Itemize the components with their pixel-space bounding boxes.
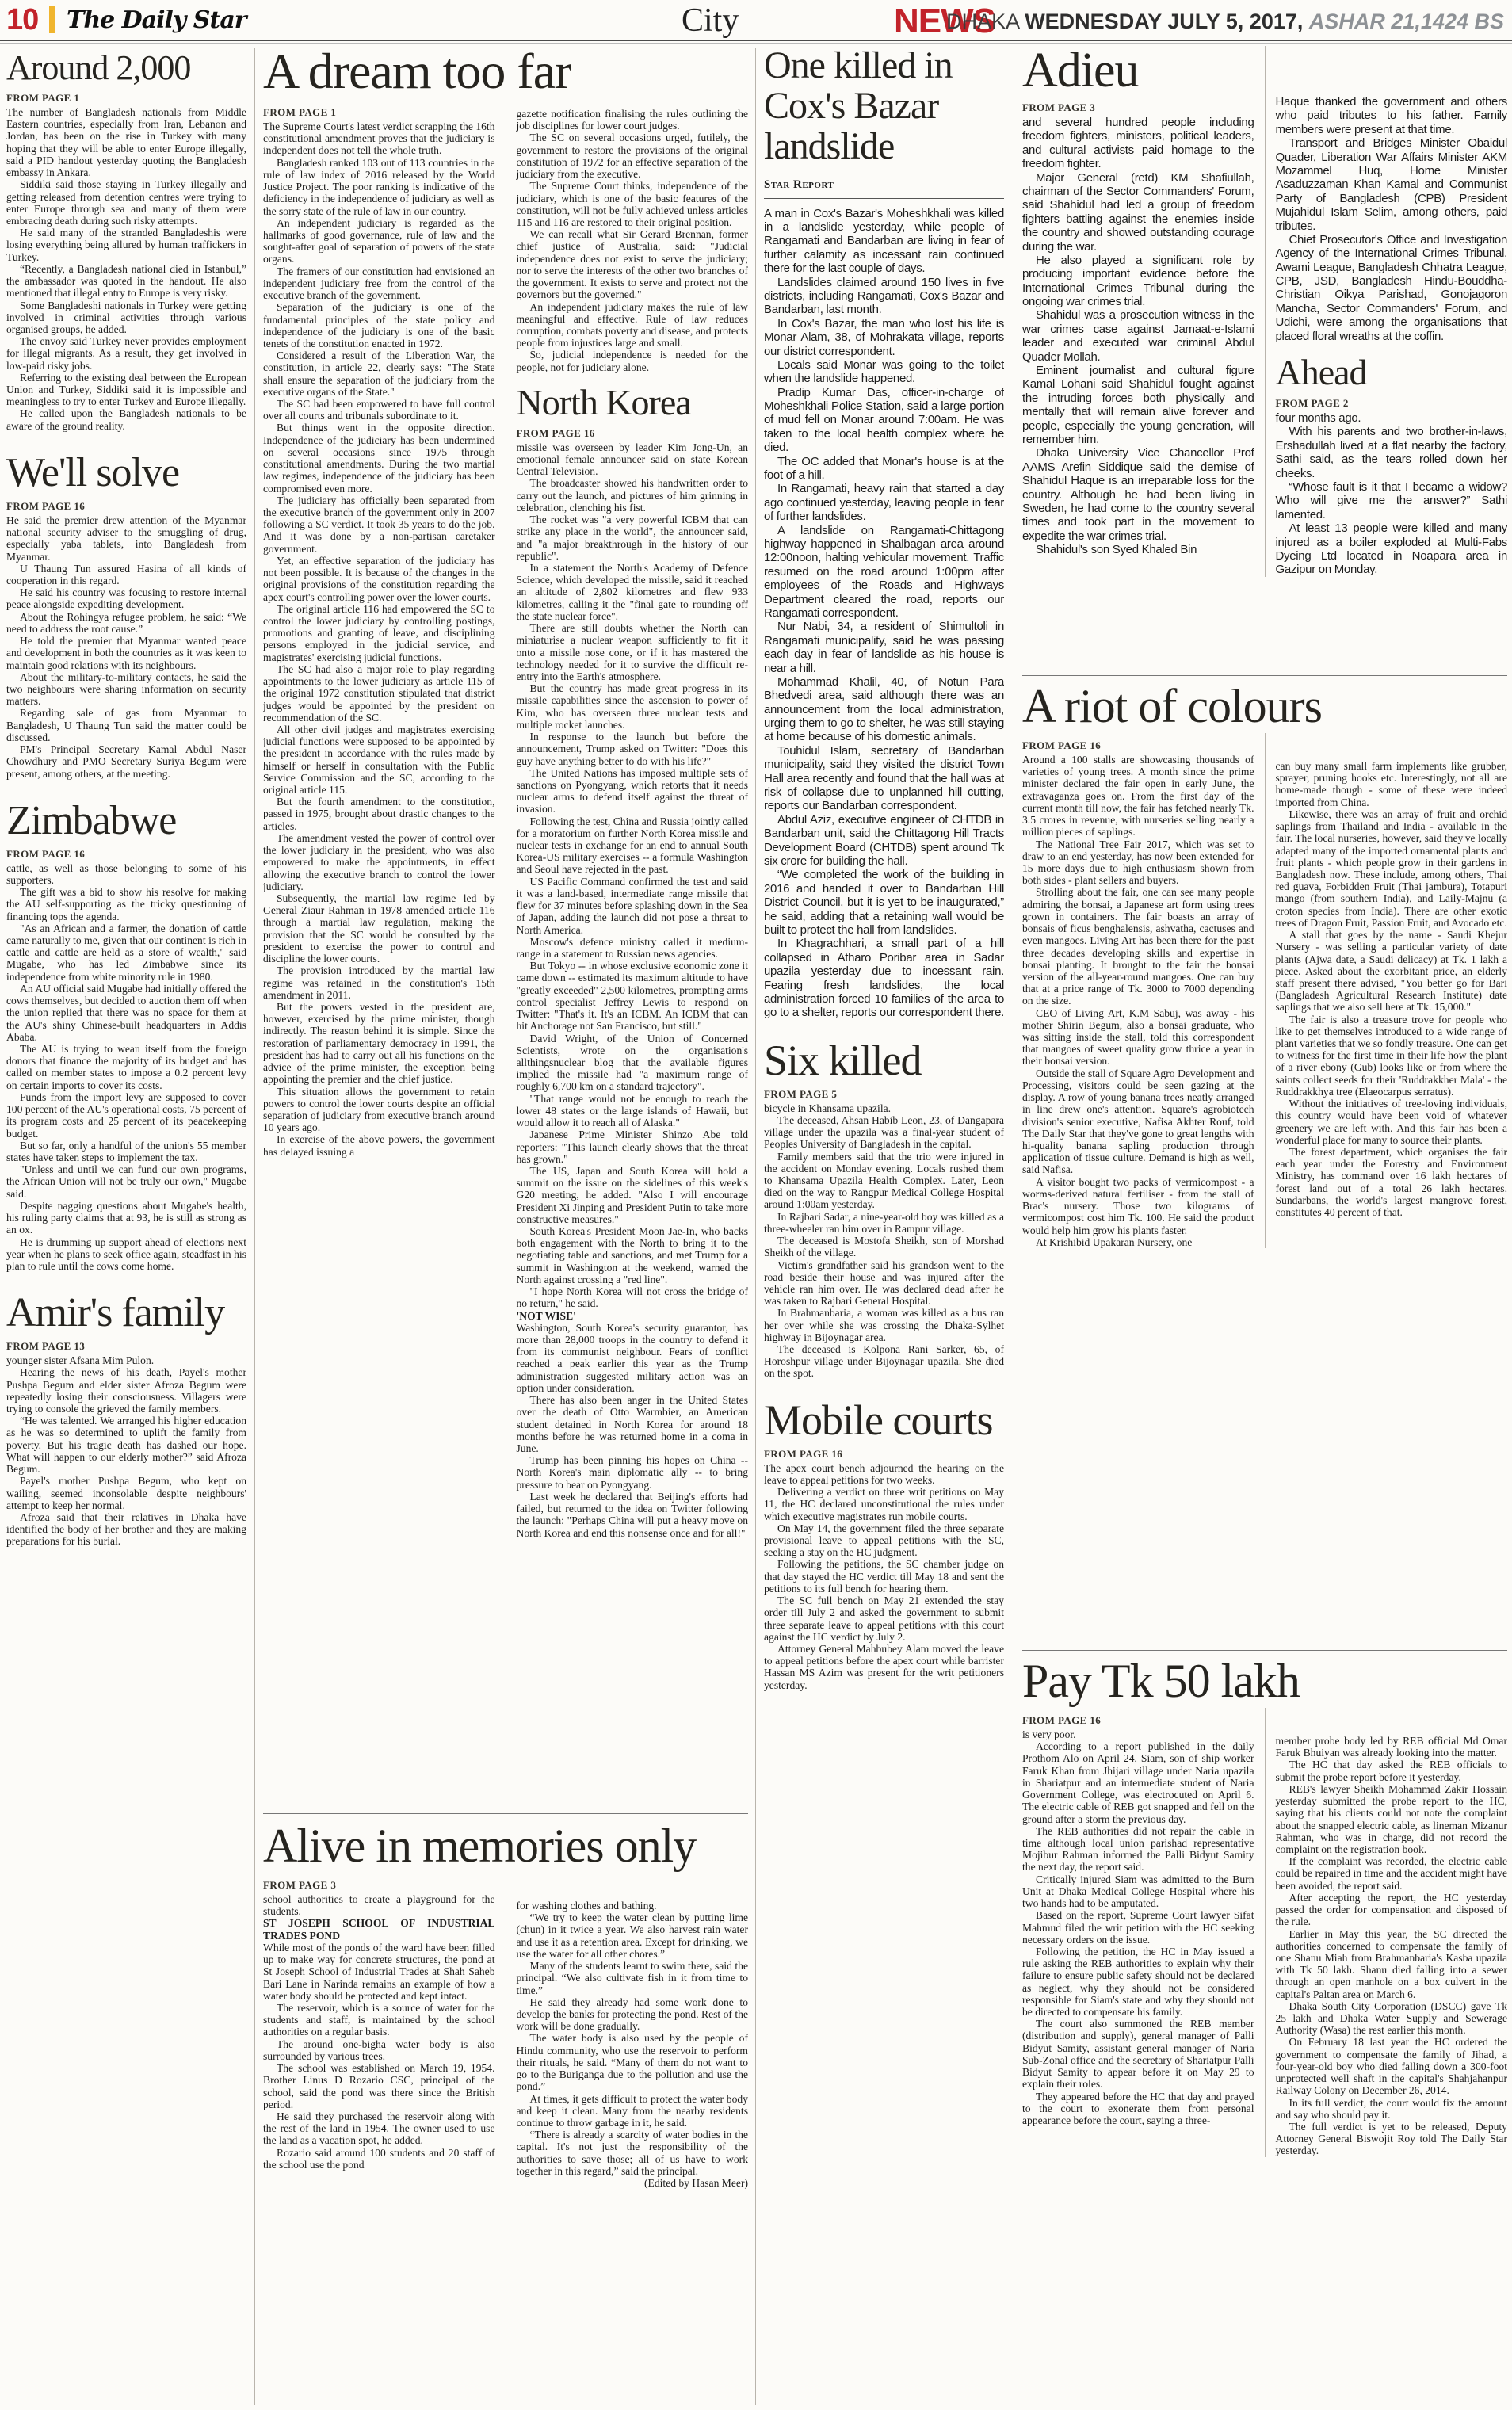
paragraph: He said they purchased the reservoir alo… (263, 2110, 495, 2147)
headline: Mobile courts (764, 1399, 1004, 1442)
byline-rule (764, 198, 1004, 199)
paragraph: “There is already a scarcity of water bo… (517, 2129, 749, 2177)
paragraph: The AU is trying to wean itself from the… (6, 1043, 246, 1091)
fp: gazette notification finalising the rule… (517, 108, 749, 132)
paragraph: The Supreme Court thinks, independence o… (517, 180, 749, 228)
paragraph: U Thaung Tun assured Hasina of all kinds… (6, 563, 246, 586)
article-mobile-courts: Mobile courts FROM PAGE 16 The apex cour… (764, 1399, 1004, 1691)
paragraph: On February 18 last year the HC ordered … (1276, 2036, 1508, 2096)
article-a-riot-of-colours: A riot of colours FROM PAGE 16 Around a … (1022, 675, 1507, 1649)
paragraph: The SC had also a major role to play reg… (263, 663, 495, 724)
paragraph: An independent judiciary makes the rule … (517, 301, 749, 349)
paragraph: The gift was a bid to show his resolve f… (6, 886, 246, 922)
article-well-solve: We'll solve FROM PAGE 16 He said the pre… (6, 453, 246, 780)
paragraph: The forest department, which organises t… (1276, 1146, 1508, 1218)
paragraph: “We try to keep the water clean by putti… (517, 1912, 749, 1960)
article-body: The apex court bench adjourned the heari… (764, 1462, 1004, 1691)
paragraph: The amendment vested the power of contro… (263, 832, 495, 892)
fp: bicycle in Khansama upazila. (764, 1102, 1004, 1114)
fp: member probe body led by REB official Md… (1276, 1735, 1508, 1759)
article-body-column: FROM PAGE 16 Around a 100 stalls are sho… (1022, 733, 1254, 1248)
fp: Haque thanked the government and others … (1276, 95, 1508, 136)
paragraph: This situation allows the government to … (263, 1086, 495, 1134)
paragraph: Considered a result of the Liberation Wa… (263, 349, 495, 398)
column-4: One killed in Cox's Bazar landslide Star… (764, 46, 1004, 2405)
paragraph: PM's Principal Secretary Kamal Abdul Nas… (6, 743, 246, 780)
paragraph: David Wright, of the Union of Concerned … (517, 1033, 749, 1093)
paragraph: They appeared before the HC that day and… (1022, 2091, 1254, 2127)
section-title: City (682, 2, 739, 40)
paragraph: "As an African and a farmer, the donatio… (6, 922, 246, 983)
fp: He said the premier drew attention of th… (6, 514, 246, 563)
paragraph: He also played a significant role by pro… (1022, 254, 1254, 309)
paragraph: US Pacific Command confirmed the test an… (517, 876, 749, 936)
fp: four months ago. (1276, 411, 1508, 425)
paragraph: Major General (retd) KM Shafiullah, chai… (1022, 171, 1254, 254)
article-body-column: FROM PAGE 16 is very poor.According to a… (1022, 1708, 1254, 2157)
headline: Alive in memories only (263, 1814, 748, 1870)
header-rule-thin (0, 43, 1512, 44)
paragraph: Dhaka South City Corporation (DSCC) gave… (1276, 2000, 1508, 2037)
column-1: Around 2,000 FROM PAGE 1 The number of B… (6, 46, 246, 2405)
article-columns: FROM PAGE 16 Around a 100 stalls are sho… (1022, 733, 1507, 1248)
paragraph: The rocket was "a very powerful ICBM tha… (517, 514, 749, 562)
paragraph: Rozario said around 100 students and 20 … (263, 2147, 495, 2171)
paragraph: The water body is also used by the peopl… (517, 2032, 749, 2092)
paragraph: He told the premier that Myanmar wanted … (6, 635, 246, 671)
fp: for washing clothes and bathing. (517, 1900, 749, 1912)
paragraph: Some Bangladeshi nationals in Turkey wer… (6, 300, 246, 336)
paragraph: Shahidul's son Syed Khaled Bin (1022, 543, 1254, 556)
paragraph: In its full verdict, the court would fix… (1276, 2097, 1508, 2121)
from-page-line: FROM PAGE 1 (263, 106, 495, 119)
masthead-accent-bar (49, 6, 55, 33)
column-rule (755, 48, 756, 2405)
paragraph: “He was talented. We arranged his higher… (6, 1415, 246, 1475)
article-body-column: gazette notification finalising the rule… (506, 100, 749, 1539)
page-header: 10 The Daily Star City NEWS DHAKA WEDNES… (0, 0, 1512, 40)
dateline-date: WEDNESDAY JULY 5, 2017, (1025, 10, 1309, 33)
from-page-line: FROM PAGE 16 (764, 1448, 1004, 1461)
paragraph: But so far, only a handful of the union'… (6, 1140, 246, 1163)
paragraph: Strolling about the fair, one can see ma… (1022, 886, 1254, 1006)
article-body: can buy many small farm implements like … (1276, 760, 1508, 1218)
headline: A dream too far (263, 46, 748, 97)
paragraph: Locals said Monar was going to the toile… (764, 358, 1004, 386)
from-page-line: FROM PAGE 13 (6, 1340, 246, 1353)
article-body: The number of Bangladesh nationals from … (6, 106, 246, 432)
fp: younger sister Afsana Mim Pulon. (6, 1354, 246, 1366)
article-columns: FROM PAGE 1 The Supreme Court's latest v… (263, 100, 748, 1539)
fromline: FROM PAGE 16 (517, 427, 749, 440)
paragraph: Afroza said that their relatives in Dhak… (6, 1511, 246, 1548)
paragraph: The SC full bench on May 21 extended the… (764, 1595, 1004, 1643)
paragraph: There has also been anger in the United … (517, 1394, 749, 1454)
paragraph: Trump has been pinning his hopes on Chin… (517, 1454, 749, 1491)
paragraph: The provision introduced by the martial … (263, 964, 495, 1001)
paragraph: Delivering a verdict on three writ petit… (764, 1486, 1004, 1522)
article-body: The Supreme Court's latest verdict scrap… (263, 120, 495, 1158)
paragraph: Regarding sale of gas from Myanmar to Ba… (6, 707, 246, 743)
paragraph: Shahidul was a prosecution witness in th… (1022, 308, 1254, 364)
fromline: FROM PAGE 2 (1276, 397, 1508, 410)
paragraph: In response to the launch but before the… (517, 731, 749, 767)
paragraph: According to a report published in the d… (1022, 1740, 1254, 1825)
article-body-column: Haque thanked the government and others … (1265, 46, 1508, 577)
from-page-line: FROM PAGE 5 (764, 1088, 1004, 1101)
paragraph: Critically injured Siam was admitted to … (1022, 1873, 1254, 1910)
article-body: school authorities to create a playgroun… (263, 1893, 495, 2171)
article-body: bicycle in Khansama upazila.The deceased… (764, 1102, 1004, 1380)
article-body-column: FROM PAGE 3 school authorities to create… (263, 1873, 495, 2189)
fp: and several hundred people including fre… (1022, 116, 1254, 171)
inhead: Ahead (1276, 354, 1508, 391)
headline: Zimbabwe (6, 800, 246, 842)
article-body: is very poor.According to a report publi… (1022, 1728, 1254, 2126)
paragraph: A visitor bought two packs of vermicompo… (1022, 1176, 1254, 1236)
headline: Pay Tk 50 lakh (1022, 1651, 1507, 1705)
paragraph: The deceased is Kolpona Rani Sarker, 65,… (764, 1343, 1004, 1380)
article-around-2000: Around 2,000 FROM PAGE 1 The number of B… (6, 51, 246, 432)
paragraph: Touhidul Islam, secretary of Bandarban m… (764, 744, 1004, 813)
paragraph: But Tokyo -- in whose exclusive economic… (517, 960, 749, 1032)
paragraph: Following the petition, the HC in May is… (1022, 1946, 1254, 2018)
subhead: 'NOT WISE' (517, 1310, 749, 1322)
paragraph: Likewise, there was an array of fruit an… (1276, 808, 1508, 929)
paragraph: The full verdict is yet to be released, … (1276, 2121, 1508, 2157)
fp: The number of Bangladesh nationals from … (6, 106, 246, 178)
paragraph: In Cox's Bazar, the man who lost his lif… (764, 317, 1004, 358)
from-page-line: FROM PAGE 16 (1022, 739, 1254, 752)
article-body: Haque thanked the government and others … (1276, 95, 1508, 577)
fp: Washington, South Korea's security guara… (517, 1322, 749, 1394)
paragraph: The HC that day asked the REB officials … (1276, 1759, 1508, 1782)
headline: Around 2,000 (6, 51, 246, 86)
paragraph: He said many of the stranded Bangladeshi… (6, 227, 246, 263)
article-body-column: FROM PAGE 1 The Supreme Court's latest v… (263, 100, 495, 1539)
fp: missile was overseen by leader Kim Jong-… (517, 441, 749, 478)
byline-star-report: Star Report (764, 178, 1004, 192)
paragraph: He said his country was focusing to rest… (6, 586, 246, 610)
page-number: 10 (6, 3, 38, 37)
paragraph: At Krishibid Upakaran Nursery, one (1022, 1236, 1254, 1248)
paragraph: Nur Nabi, 34, a resident of Shimultoli i… (764, 620, 1004, 675)
paragraph: Family members said that the trio were i… (764, 1151, 1004, 1211)
paragraph: About the Rohingya refugee problem, he s… (6, 611, 246, 635)
paragraph: In Khagrachhari, a small part of a hill … (764, 937, 1004, 1019)
paragraph: Following the test, China and Russia joi… (517, 815, 749, 876)
from-page-line: FROM PAGE 16 (6, 848, 246, 861)
paragraph: The framers of our constitution had envi… (263, 265, 495, 302)
fp: A man in Cox's Bazar's Moheshkhali was k… (764, 207, 1004, 276)
paragraph: Chief Prosecutor's Office and Investigat… (1276, 233, 1508, 343)
article-body-column: member probe body led by REB official Md… (1265, 1708, 1508, 2157)
article-body: younger sister Afsana Mim Pulon.Hearing … (6, 1354, 246, 1548)
fp: The apex court bench adjourned the heari… (764, 1462, 1004, 1486)
paragraph: Outside the stall of Square Agro Develop… (1022, 1068, 1254, 1176)
fp: can buy many small farm implements like … (1276, 760, 1508, 808)
paragraph: Payel's mother Pushpa Begum, who kept on… (6, 1475, 246, 1511)
paragraph: The school was established on March 19, … (263, 2062, 495, 2110)
article-columns: FROM PAGE 16 is very poor.According to a… (1022, 1708, 1507, 2157)
paragraph: At least 13 people were killed and many … (1276, 521, 1508, 577)
fp: While most of the ponds of the ward have… (263, 1942, 495, 2002)
paragraph: The fair is also a treasure trove for pe… (1276, 1014, 1508, 1098)
paragraph: “Whose fault is it that I became a widow… (1276, 480, 1508, 521)
paragraph: The deceased, Ahsan Habib Leon, 23, of D… (764, 1114, 1004, 1151)
paragraph: With his parents and two brother-in-laws… (1276, 425, 1508, 480)
paragraph: He called upon the Bangladesh nationals … (6, 407, 246, 431)
paragraph: At times, it gets difficult to protect t… (517, 2093, 749, 2129)
headline: Six killed (764, 1039, 1004, 1082)
paragraph: Dhaka University Vice Chancellor Prof AA… (1022, 446, 1254, 543)
paragraph: "I hope North Korea will not cross the b… (517, 1285, 749, 1309)
article-body: member probe body led by REB official Md… (1276, 1735, 1508, 2157)
paragraph: If the complaint was recorded, the elect… (1276, 1855, 1508, 1892)
article-body: and several hundred people including fre… (1022, 116, 1254, 557)
paragraph: The deceased is Mostofa Sheikh, son of M… (764, 1235, 1004, 1258)
article-body: for washing clothes and bathing.“We try … (517, 1900, 749, 2189)
paragraph: The National Tree Fair 2017, which was s… (1022, 838, 1254, 887)
paragraph: An independent judiciary is regarded as … (263, 217, 495, 265)
fp: cattle, as well as those belonging to so… (6, 862, 246, 886)
paragraph: The REB authorities did not repair the c… (1022, 1825, 1254, 1873)
article-body: Around a 100 stalls are showcasing thous… (1022, 754, 1254, 1248)
paragraph: But the country has made great progress … (517, 682, 749, 731)
paragraph: A landslide on Rangamati-Chittagong high… (764, 524, 1004, 621)
paragraph: "That range would not be enough to reach… (517, 1093, 749, 1129)
paragraph: In Rangamati, heavy rain that started a … (764, 482, 1004, 523)
paragraph: But the powers vested in the president a… (263, 1001, 495, 1086)
paragraph: South Korea's President Moon Jae-In, who… (517, 1225, 749, 1285)
paragraph: The US, Japan and South Korea will hold … (517, 1165, 749, 1225)
paragraph: The judiciary has officially been separa… (263, 495, 495, 555)
headline: We'll solve (6, 453, 246, 494)
paragraph: Victim's grandfather said his grandson w… (764, 1259, 1004, 1308)
paragraph: CEO of Living Art, K.M Sabuj, was away -… (1022, 1007, 1254, 1068)
fp: The Supreme Court's latest verdict scrap… (263, 120, 495, 157)
paragraph: Landslides claimed around 150 lives in f… (764, 276, 1004, 317)
article-alive-in-memories-only: Alive in memories only FROM PAGE 3 schoo… (263, 1813, 748, 2407)
paragraph: Hearing the news of his death, Payel's m… (6, 1366, 246, 1415)
daily-star-masthead: The Daily Star (67, 6, 246, 34)
paragraph: "Unless and until we can fund our own pr… (6, 1163, 246, 1200)
paragraph: Yet, an effective separation of the judi… (263, 555, 495, 603)
paragraph: Moscow's defence ministry called it medi… (517, 936, 749, 960)
paragraph: Pradip Kumar Das, officer-in-charge of M… (764, 386, 1004, 455)
paragraph: The United Nations has imposed multiple … (517, 767, 749, 815)
paragraph: After accepting the report, the HC yeste… (1276, 1892, 1508, 1928)
article-body: gazette notification finalising the rule… (517, 108, 749, 1539)
paragraph: Subsequently, the martial law regime led… (263, 892, 495, 964)
paragraph: In Brahmanbaria, a woman was killed as a… (764, 1307, 1004, 1343)
article-columns: Adieu FROM PAGE 3 and several hundred pe… (1022, 46, 1507, 577)
paragraph: The original article 116 had empowered t… (263, 603, 495, 663)
article-adieu: Adieu FROM PAGE 3 and several hundred pe… (1022, 46, 1507, 674)
article-body: A man in Cox's Bazar's Moheshkhali was k… (764, 207, 1004, 1020)
paragraph: But the fourth amendment to the constitu… (263, 796, 495, 832)
paragraph: Siddiki said those staying in Turkey ill… (6, 178, 246, 227)
paragraph: But things went in the opposite directio… (263, 422, 495, 494)
paragraph: In a statement the North's Academy of De… (517, 562, 749, 622)
paragraph: About the military-to-military contacts,… (6, 671, 246, 708)
paragraph: Without the initiatives of tree-loving i… (1276, 1098, 1508, 1146)
dateline-city: DHAKA (946, 10, 1025, 33)
paragraph: Despite nagging questions about Mugabe's… (6, 1200, 246, 1236)
paragraph: The OC added that Monar's house is at th… (764, 455, 1004, 483)
article-zimbabwe: Zimbabwe FROM PAGE 16 cattle, as well as… (6, 800, 246, 1272)
paragraph: Last week he declared that Beijing's eff… (517, 1491, 749, 1539)
paragraph: All other civil judges and magistrates e… (263, 724, 495, 796)
subhead: ST JOSEPH SCHOOL OF INDUSTRIAL TRADES PO… (263, 1917, 495, 1941)
paragraph: Abdul Aziz, executive engineer of CHTDB … (764, 813, 1004, 869)
paragraph: The broadcaster showed his handwritten o… (517, 477, 749, 514)
column-rule (1014, 48, 1014, 2405)
paragraph: Funds from the import levy are supposed … (6, 1091, 246, 1140)
paragraph: Japanese Prime Minister Shinzo Abe told … (517, 1129, 749, 1165)
paragraph: Separation of the judiciary is one of th… (263, 301, 495, 349)
article-pay-tk-50-lakh: Pay Tk 50 lakh FROM PAGE 16 is very poor… (1022, 1650, 1507, 2407)
headline: One killed in Cox's Bazar landslide (764, 46, 1004, 167)
dateline: DHAKA WEDNESDAY JULY 5, 2017, ASHAR 21,1… (946, 10, 1504, 34)
article-body-column: Adieu FROM PAGE 3 and several hundred pe… (1022, 46, 1254, 577)
headline: A riot of colours (1022, 676, 1507, 730)
header-rule (0, 40, 1512, 41)
paragraph: Transport and Bridges Minister Obaidul Q… (1276, 136, 1508, 233)
article-six-killed: Six killed FROM PAGE 5 bicycle in Khansa… (764, 1039, 1004, 1380)
from-page-line: FROM PAGE 3 (1022, 101, 1254, 114)
paragraph: “Recently, a Bangladesh national died in… (6, 263, 246, 300)
paragraph: Referring to the existing deal between t… (6, 372, 246, 408)
paragraph: The court also summoned the REB member (… (1022, 2018, 1254, 2090)
paragraph: In Rajbari Sadar, a nine-year-old boy wa… (764, 1211, 1004, 1235)
paragraph: Many of the students learnt to swim ther… (517, 1960, 749, 1996)
paragraph: Based on the report, Supreme Court lawye… (1022, 1909, 1254, 1946)
fp: Around a 100 stalls are showcasing thous… (1022, 754, 1254, 838)
paragraph: The reservoir, which is a source of wate… (263, 2002, 495, 2038)
paragraph: The envoy said Turkey never provides emp… (6, 335, 246, 372)
article-amirs-family: Amir's family FROM PAGE 13 younger siste… (6, 1293, 246, 1548)
article-a-dream-too-far: A dream too far FROM PAGE 1 The Supreme … (263, 46, 748, 1812)
paragraph: “We completed the work of the building i… (764, 868, 1004, 937)
fp: is very poor. (1022, 1728, 1254, 1740)
paragraph: There are still doubts whether the North… (517, 622, 749, 682)
paragraph: He is drumming up support ahead of elect… (6, 1236, 246, 1273)
from-page-line: FROM PAGE 1 (6, 92, 246, 105)
column-rule (254, 48, 255, 2405)
newspaper-page: 10 The Daily Star City NEWS DHAKA WEDNES… (0, 0, 1512, 2410)
article-body: He said the premier drew attention of th… (6, 514, 246, 780)
article-body: cattle, as well as those belonging to so… (6, 862, 246, 1272)
article-body-column: for washing clothes and bathing.“We try … (506, 1873, 749, 2189)
paragraph: Bangladesh ranked 103 out of 113 countri… (263, 157, 495, 217)
paragraph: Mohammad Khalil, 40, of Notun Para Bhedv… (764, 675, 1004, 744)
paragraph: On May 14, the government filed the thre… (764, 1522, 1004, 1559)
paragraph: So, judicial independence is needed for … (517, 349, 749, 372)
article-columns: FROM PAGE 3 school authorities to create… (263, 1873, 748, 2189)
paragraph: He said they already had some work done … (517, 1996, 749, 2033)
article-one-killed-coxs-bazar-landslide: One killed in Cox's Bazar landslide Star… (764, 46, 1004, 1020)
paragraph: The SC on several occasions urged, futil… (517, 132, 749, 180)
from-page-line: FROM PAGE 16 (6, 500, 246, 513)
article-body-column: can buy many small farm implements like … (1265, 733, 1508, 1248)
right: (Edited by Hasan Meer) (517, 2177, 749, 2189)
headline: Adieu (1022, 46, 1254, 95)
paragraph: We can recall what Sir Gerard Brennan, f… (517, 228, 749, 300)
paragraph: Attorney General Mahbubey Alam moved the… (764, 1643, 1004, 1691)
headline: Amir's family (6, 1293, 246, 1334)
paragraph: The SC had been empowered to have full c… (263, 398, 495, 422)
paragraph: The around one-bigha water body is also … (263, 2038, 495, 2062)
dateline-bangla-date: ASHAR 21,1424 BS (1309, 10, 1504, 33)
fp: school authorities to create a playgroun… (263, 1893, 495, 1917)
paragraph: Earlier in May this year, the SC directe… (1276, 1928, 1508, 2000)
from-page-line: FROM PAGE 3 (263, 1879, 495, 1892)
from-page-line: FROM PAGE 16 (1022, 1714, 1254, 1727)
inhead: North Korea (517, 384, 749, 421)
paragraph: An AU official said Mugabe had initially… (6, 983, 246, 1043)
paragraph: REB's lawyer Sheikh Mohammad Zakir Hossa… (1276, 1783, 1508, 1855)
paragraph: In exercise of the above powers, the gov… (263, 1133, 495, 1157)
paragraph: A stall that goes by the name - Saudi Kh… (1276, 929, 1508, 1014)
paragraph: Following the petitions, the SC chamber … (764, 1558, 1004, 1595)
paragraph: Eminent journalist and cultural figure K… (1022, 364, 1254, 446)
